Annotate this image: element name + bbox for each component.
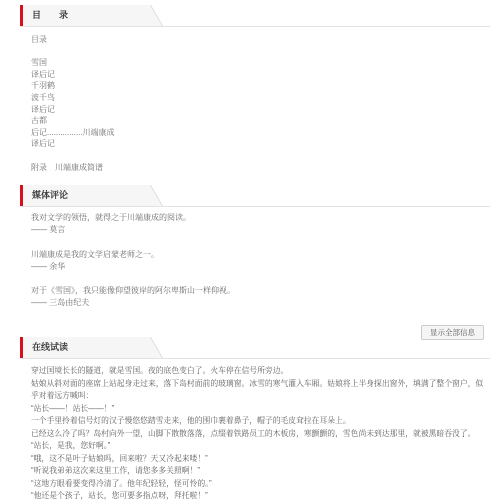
review-item: 我对文学的领悟，就得之于川端康成的阅读。 —— 莫言 [31,212,490,237]
review-quote: 川端康成是我的文学启蒙老师之一。 [31,249,490,261]
reading-paragraph: “听说我弟弟这次来这里工作，请您多多关照啊！” [31,465,490,478]
reading-paragraph: 穿过国境长长的隧道，就是雪国。夜的底色变白了。火车停在信号所旁边。 [31,365,490,378]
review-quote: 我对文学的领悟，就得之于川端康成的阅读。 [31,212,490,224]
review-author: —— 莫言 [31,224,490,236]
toc-line: 雪国 [31,57,490,69]
section-media-reviews: 媒体评论 我对文学的领悟，就得之于川端康成的阅读。 —— 莫言 川端康成是我的文… [20,185,490,340]
reading-paragraph: “站长，是我，您好啊。” [31,440,490,453]
toc-line: 译后记 [31,104,490,116]
toc-line [31,150,490,162]
online-reading-text: 穿过国境长长的隧道，就是雪国。夜的底色变白了。火车停在信号所旁边。 姑娘从斜对面… [20,359,490,500]
reading-paragraph: 已经这么冷了吗？岛村向外一望，山脚下散散落落，点缀着铁路员工的木板房，寒颤颤的，… [31,428,490,441]
toc-line [31,46,490,58]
media-reviews-tab-label: 媒体评论 [23,185,150,206]
media-reviews-section-header: 媒体评论 [20,185,490,207]
toc-list: 目录 雪国 译后记 千羽鹤 波千鸟 译后记 古都 后记.............… [20,27,490,173]
online-reading-tab-label: 在线试读 [23,337,150,358]
online-reading-section-header: 在线试读 [20,337,490,359]
toc-line: 译后记 [31,69,490,81]
toc-tab: 目 录 [20,5,150,26]
toc-tab-label: 目 录 [23,5,150,26]
media-reviews-tab: 媒体评论 [20,185,150,206]
reading-paragraph: “这地方眼看要变得冷清了。他年纪轻轻，怪可怜的。” [31,478,490,491]
reading-paragraph: “他还是个孩子，站长，您可要多指点呀，拜托啦！” [31,490,490,500]
section-toc: 目 录 目录 雪国 译后记 千羽鹤 波千鸟 译后记 古都 后记.........… [20,5,490,173]
toc-line: 附录 川端康成简谱 [31,162,490,174]
reading-paragraph: 姑娘从斜对面的座席上站起身走过来，落下岛村面前的玻璃窗。冰雪的寒气灌入车厢。姑娘… [31,378,490,403]
toc-section-header: 目 录 [20,5,490,27]
toc-line: 目录 [31,34,490,46]
toc-line: 千羽鹤 [31,80,490,92]
review-item: 川端康成是我的文学启蒙老师之一。 —— 余华 [31,249,490,274]
review-item: 对于《雪国》，我只能像仰望彼岸的阿尔卑斯山一样仰视。 —— 三岛由纪夫 [31,285,490,310]
reading-paragraph: “站长——！站长——！” [31,403,490,416]
toc-line: 古都 [31,115,490,127]
media-reviews-list: 我对文学的领悟，就得之于川端康成的阅读。 —— 莫言 川端康成是我的文学启蒙老师… [20,207,490,310]
toc-line: 译后记 [31,138,490,150]
review-author: —— 余华 [31,261,490,273]
review-quote: 对于《雪国》，我只能像仰望彼岸的阿尔卑斯山一样仰视。 [31,285,490,297]
review-author: —— 三岛由纪夫 [31,297,490,309]
section-online-reading: 在线试读 穿过国境长长的隧道，就是雪国。夜的底色变白了。火车停在信号所旁边。 姑… [20,337,490,500]
reading-paragraph: 一个手里拎着信号灯的汉子慢悠悠踏雪走来，他的围巾裹着鼻子，帽子的毛皮耷拉在耳朵上… [31,415,490,428]
online-reading-tab: 在线试读 [20,337,150,358]
toc-line: 后记................川端康成 [31,127,490,139]
reading-paragraph: “哦，这不是叶子姑娘吗，回来啦？天又冷起来喽！” [31,453,490,466]
toc-line: 波千鸟 [31,92,490,104]
